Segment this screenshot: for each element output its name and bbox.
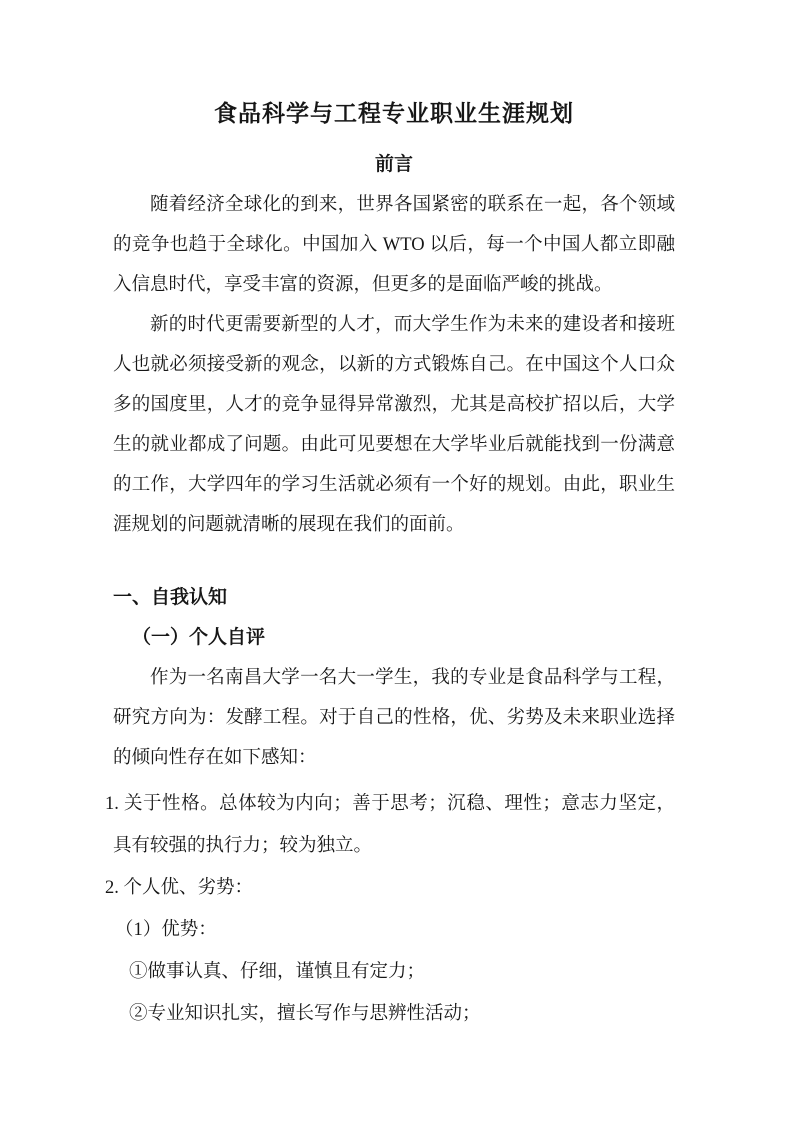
document-page: 食品科学与工程专业职业生涯规划 前言 随着经济全球化的到来，世界各国紧密的联系在…	[0, 0, 793, 1122]
document-title: 食品科学与工程专业职业生涯规划	[113, 98, 675, 130]
preface-paragraph: 新的时代更需要新型的人才，而大学生作为未来的建设者和接班人也就必须接受新的观念，…	[113, 305, 675, 545]
section-intro-paragraph: 作为一名南昌大学一名大一学生，我的专业是食品科学与工程，研究方向为：发酵工程。对…	[113, 658, 675, 778]
list-item-advantages-label: （1）优势：	[113, 909, 675, 951]
list-item-personality: 1. 关于性格。总体较为内向；善于思考；沉稳、理性；意志力坚定，具有较强的执行力…	[113, 783, 675, 867]
section-heading-self-cognition: 一、自我认知	[113, 578, 675, 618]
preface-paragraph: 随着经济全球化的到来，世界各国紧密的联系在一起，各个领域的竞争也趋于全球化。中国…	[113, 185, 675, 305]
list-item-advantage-2: ②专业知识扎实，擅长写作与思辨性活动；	[113, 993, 675, 1035]
list-item-advantage-1: ①做事认真、仔细，谨慎且有定力；	[113, 951, 675, 993]
preface-heading: 前言	[113, 145, 675, 185]
subsection-heading-self-evaluation: （一）个人自评	[113, 618, 675, 658]
list-item-strengths-weaknesses: 2. 个人优、劣势：	[113, 867, 675, 909]
